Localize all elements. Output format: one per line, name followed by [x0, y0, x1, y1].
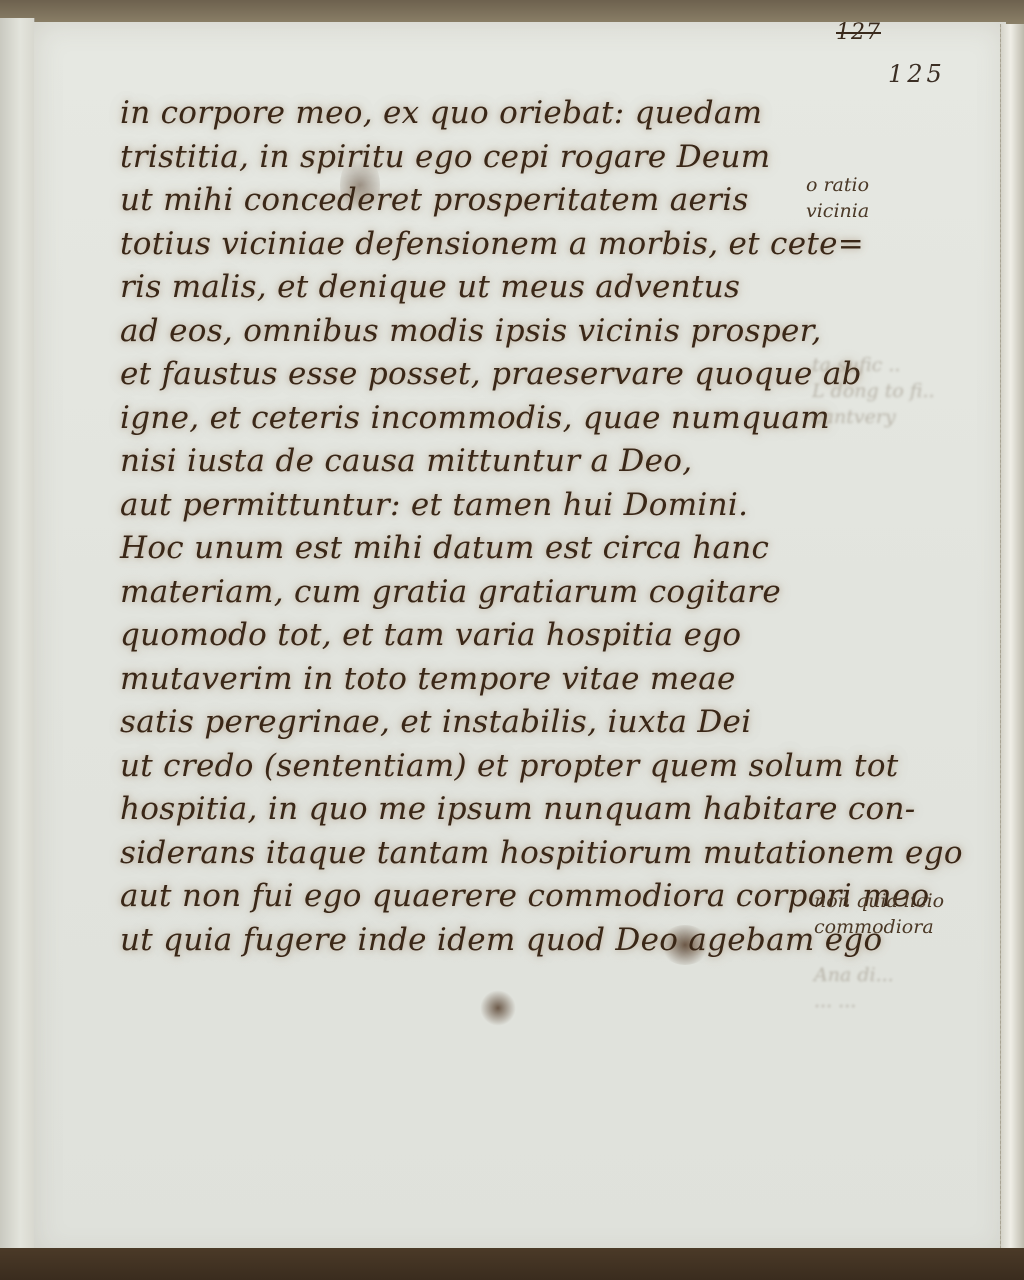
text-line: ad eos, omnibus modis ipsis vicinis pros… [120, 310, 810, 354]
text-line: ut credo (sententiam) et propter quem so… [120, 745, 810, 789]
crossed-out-folio-number: 127 [836, 20, 881, 45]
text-line: ris malis, et denique ut meus adventus [120, 266, 810, 310]
text-line: Hoc unum est mihi datum est circa hanc [120, 527, 810, 571]
margin-note-lower: non quia licio commodiora [814, 888, 944, 940]
margin-note-line: ta sufic .. [812, 352, 935, 378]
margin-note-line: commodiora [814, 914, 944, 940]
page-right-edge [1000, 24, 1024, 1254]
margin-note-line: L dong to fi.. [812, 378, 935, 404]
text-line: siderans itaque tantam hospitiorum mutat… [120, 832, 810, 876]
margin-note-line: o ratio [806, 172, 869, 198]
text-line: ut quia fugere inde idem quod Deo agebam… [120, 919, 810, 963]
text-line: materiam, cum gratia gratiarum cogitare [120, 571, 810, 615]
margin-note-bleedthrough: ta sufic .. L dong to fi.. cantvery [812, 352, 935, 430]
margin-note-bleedthrough-lower: Ana di... ... ... [814, 962, 894, 1014]
text-line: totius viciniae defensionem a morbis, et… [120, 223, 810, 267]
left-page-edge [0, 18, 35, 1258]
text-line: tristitia, in spiritu ego cepi rogare De… [120, 136, 810, 180]
text-line: igne, et ceteris incommodis, quae numqua… [120, 397, 810, 441]
text-line: et faustus esse posset, praeservare quoq… [120, 353, 810, 397]
ink-stain [480, 990, 516, 1026]
text-line: in corpore meo, ex quo oriebat: quedam [120, 92, 810, 136]
binding-bottom-edge [0, 1248, 1024, 1280]
margin-note-line: ... ... [814, 988, 894, 1014]
margin-note-line: cantvery [812, 404, 935, 430]
margin-note-line: vicinia [806, 198, 869, 224]
margin-note-line: non quia licio [814, 888, 944, 914]
text-line: satis peregrinae, et instabilis, iuxta D… [120, 701, 810, 745]
text-line: quomodo tot, et tam varia hospitia ego [120, 614, 810, 658]
text-line: mutaverim in toto tempore vitae meae [120, 658, 810, 702]
margin-note-line: Ana di... [814, 962, 894, 988]
margin-note-top: o ratio vicinia [806, 172, 869, 224]
manuscript-photo: 127 125 in corpore meo, ex quo oriebat: … [0, 0, 1024, 1280]
main-handwritten-text: in corpore meo, ex quo oriebat: quedam t… [120, 92, 810, 962]
text-line: nisi iusta de causa mittuntur a Deo, [120, 440, 810, 484]
text-line: aut non fui ego quaerere commodiora corp… [120, 875, 810, 919]
text-line: ut mihi concederet prosperitatem aeris [120, 179, 810, 223]
text-line: aut permittuntur: et tamen hui Domini. [120, 484, 810, 528]
text-line: hospitia, in quo me ipsum nunquam habita… [120, 788, 810, 832]
folio-number: 125 [888, 60, 946, 88]
